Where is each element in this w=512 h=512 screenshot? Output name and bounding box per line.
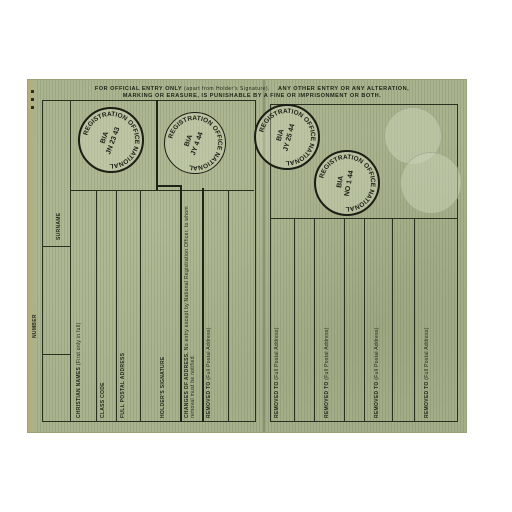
- field-surname: SURNAME: [56, 213, 62, 240]
- field-class-code: CLASS CODE: [100, 382, 106, 418]
- stamp-row-divider: [70, 190, 254, 191]
- warning-line1-a: FOR OFFICIAL ENTRY ONLY: [95, 86, 182, 92]
- field-removed-to-r3: REMOVED TO (Full Postal Address): [374, 327, 380, 418]
- field-number: NUMBER: [32, 314, 38, 338]
- field-full-postal-address: FULL POSTAL ADDRESS: [120, 353, 126, 418]
- identity-card: FOR OFFICIAL ENTRY ONLY (apart from Hold…: [28, 80, 466, 432]
- registration-stamp-4: REGISTRATION OFFICE NATIONAL BIANO 1 44: [314, 150, 380, 216]
- stamp-step: [156, 185, 180, 187]
- svg-text:BIA: BIA: [336, 175, 345, 188]
- right-col-div-5: [392, 218, 393, 422]
- registration-stamp-3: REGISTRATION OFFICE NATIONAL BIAJY 25 44: [254, 104, 320, 170]
- field-changes-of-address: CHANGES OF ADDRESS. No entry except by N…: [184, 188, 196, 418]
- stamp-divider: [156, 100, 158, 190]
- number-divider: [42, 354, 70, 355]
- number-column-divider: [70, 100, 71, 422]
- field-removed-to-r4: REMOVED TO (Full Postal Address): [424, 327, 430, 418]
- right-col-div-2: [314, 218, 315, 422]
- right-col-div-4: [364, 218, 365, 422]
- field-removed-to-left: REMOVED TO (Full Postal Address): [206, 327, 212, 418]
- changes-right-border: [202, 188, 204, 422]
- registration-stamp-1: REGISTRATION OFFICE NATIONAL BIAJN 23 43: [78, 107, 144, 173]
- field-removed-to-r1: REMOVED TO (Full Postal Address): [274, 327, 280, 418]
- official-warning-header: FOR OFFICIAL ENTRY ONLY (apart from Hold…: [42, 86, 462, 100]
- card-edge: [28, 80, 36, 432]
- col-div-3: [140, 190, 141, 422]
- svg-text:JY 4 44: JY 4 44: [190, 131, 205, 156]
- faded-stamp-2: [400, 152, 462, 214]
- col-div-1: [96, 190, 97, 422]
- warning-line1-c: ANY OTHER ENTRY OR ANY ALTERATION,: [278, 86, 409, 92]
- field-holders-signature: HOLDER'S SIGNATURE: [160, 357, 166, 419]
- right-col-div-3: [344, 218, 345, 422]
- field-removed-to-r2: REMOVED TO (Full Postal Address): [324, 327, 330, 418]
- registration-stamp-2: REGISTRATION OFFICE NATIONAL BIAJY 4 44: [164, 112, 226, 174]
- warning-line1-b: (apart from Holder's Signature).: [184, 86, 270, 92]
- col-div-2: [116, 190, 117, 422]
- col-div-4: [228, 190, 229, 422]
- svg-text:JY 25 44: JY 25 44: [282, 123, 296, 152]
- right-col-div-1: [294, 218, 295, 422]
- right-col-div-6: [414, 218, 415, 422]
- warning-line2: MARKING OR ERASURE, IS PUNISHABLE BY A F…: [42, 93, 462, 100]
- changes-left-border: [180, 185, 182, 422]
- field-christian-names: CHRISTIAN NAMES (First only in full): [76, 322, 82, 418]
- surname-divider: [42, 246, 70, 247]
- svg-text:JN 23 43: JN 23 43: [105, 126, 121, 155]
- svg-text:NO 1 44: NO 1 44: [344, 170, 355, 197]
